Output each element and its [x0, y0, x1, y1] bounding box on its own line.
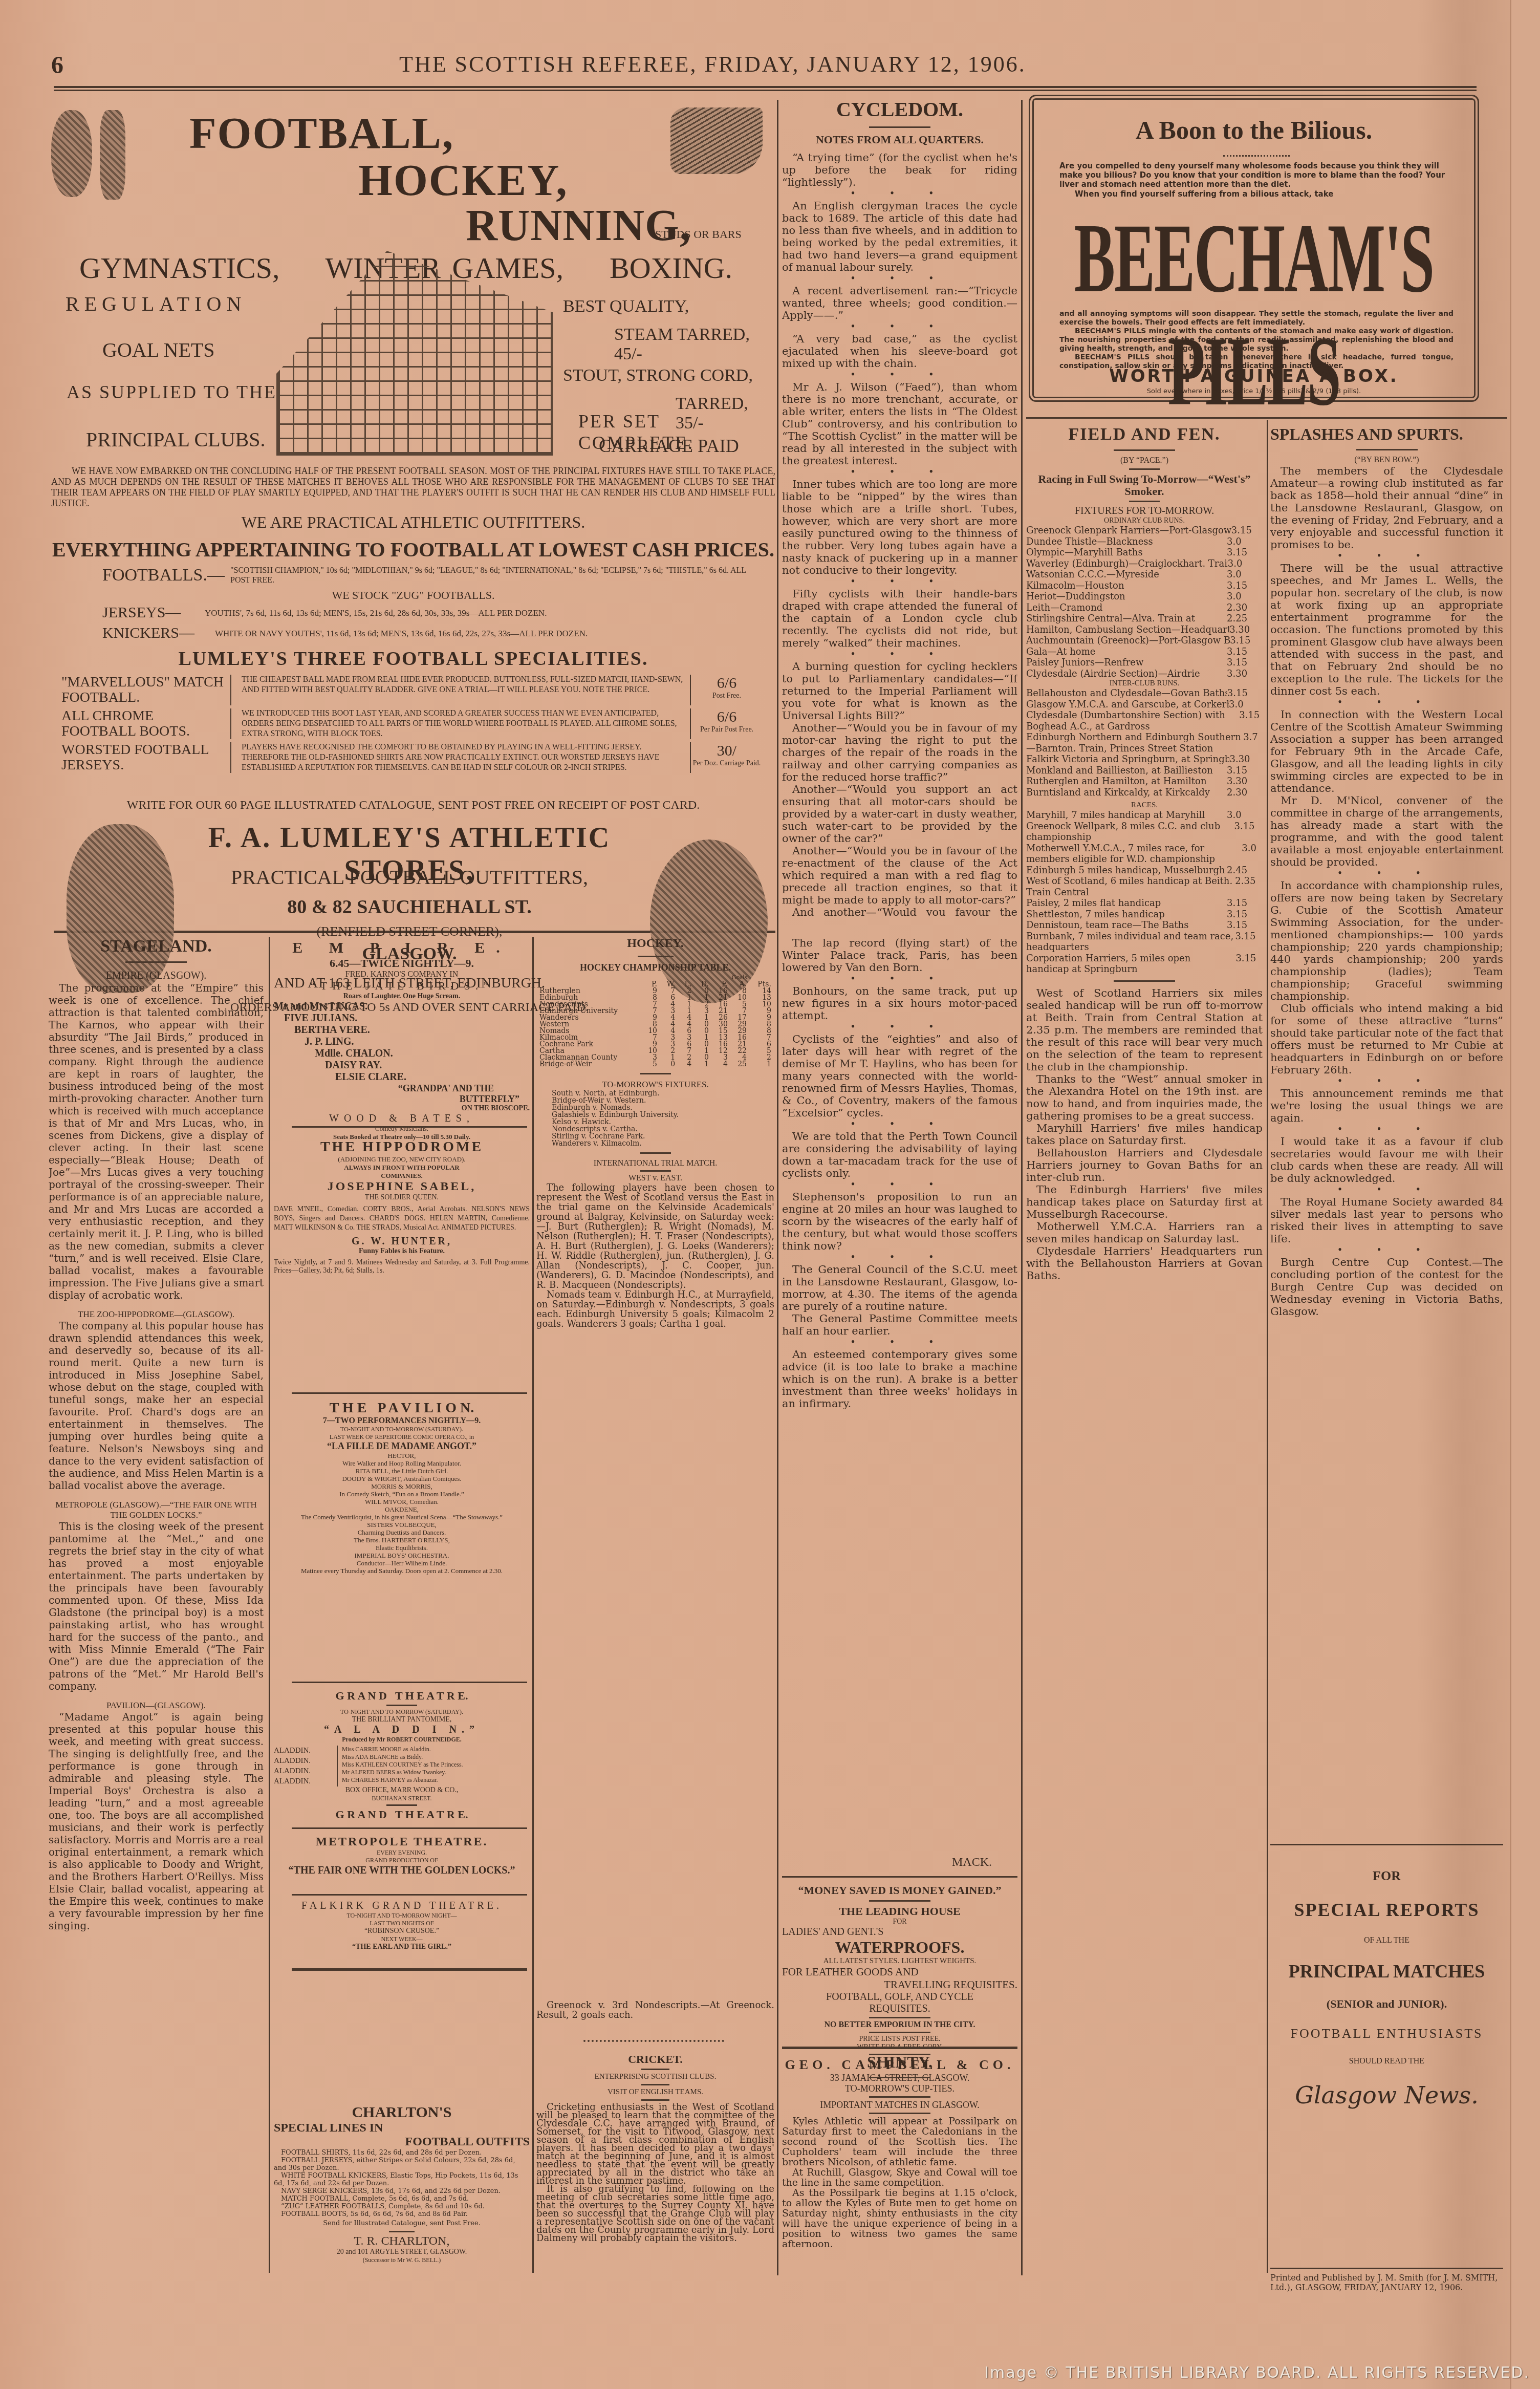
fixture-row: Stirlingshire Central—Alva. Train at2.25 — [1026, 613, 1263, 625]
falkirk-advertisement: FALKIRK GRAND THEATRE. TO-NIGHT AND TO-M… — [274, 1900, 530, 1951]
cycledom-paragraph: We are told that the Perth Town Council … — [782, 1130, 1017, 1179]
hockey-championship-table: P.W.L. D.F.A.Pts. Rutherglen972016814 Ed… — [536, 981, 774, 1068]
copyright-watermark: Image © THE BRITISH LIBRARY BOARD. ALL R… — [984, 2364, 1530, 2382]
fixture-row: Leith—Cramond2.30 — [1026, 602, 1263, 614]
glasgow-news-logo: Glasgow News. — [1270, 2081, 1503, 2109]
cycledom-paragraph: Cyclists of the “eighties” and also of l… — [782, 1033, 1017, 1119]
cycledom-paragraph: The General Pastime Committee meets half… — [782, 1312, 1017, 1337]
section-divider — [1026, 417, 1507, 419]
cycledom-paragraph: Bonhours, on the same track, put up new … — [782, 985, 1017, 1022]
fixture-row: Waverley (Edinburgh)—Craiglockhart. Trai… — [1026, 558, 1263, 570]
hippodrome-advertisement: THE HIPPODROME (ADJOINING THE ZOO, NEW C… — [274, 1139, 530, 1275]
cycledom-paragraph: A burning question for cycling hecklers … — [782, 660, 1017, 722]
cycledom-paragraph: Inner tubes which are too long are more … — [782, 478, 1017, 576]
fixture-row: Edinburgh 5 miles handicap, Musselburgh2… — [1026, 865, 1263, 876]
cycledom-paragraph: The lap record (flying start) of the Win… — [782, 937, 1017, 974]
section-divider — [292, 1392, 527, 1394]
footballs-prices: "SCOTTISH CHAMPION," 10s 6d; "MIDLOTHIAN… — [230, 566, 752, 585]
adjacent-page-edge — [1510, 0, 1540, 2389]
fixture-row: Watsonian C.C.C.—Myreside3.0 — [1026, 569, 1263, 580]
section-divider — [292, 1682, 527, 1683]
fixture-row: Rutherglen and Hamilton, at Hamilton3.30 — [1026, 776, 1263, 787]
fixture-row: Monkland and Baillieston, at Baillieston… — [1026, 765, 1263, 777]
as-supplied-label: AS SUPPLIED TO THE — [67, 381, 277, 403]
principal-clubs-label: PRINCIPAL CLUBS. — [86, 427, 265, 451]
column-divider — [1021, 100, 1023, 2275]
fixture-row: Bellahouston and Clydesdale—Govan Baths3… — [1026, 688, 1263, 699]
fixture-row: Greenock Glenpark Harriers—Port-Glasgow … — [1026, 525, 1263, 536]
specialities-list: "MARVELLOUS" MATCH FOOTBALL. THE CHEAPES… — [61, 675, 773, 773]
runner-figure-icon — [100, 110, 125, 200]
fixture-row: Clydesdale (Airdrie Section)—Airdrie3.30 — [1026, 669, 1263, 680]
fixture-row: Hamilton, Cambuslang Section—Headquarter… — [1026, 625, 1263, 636]
hockey-title: HOCKEY. — [536, 937, 774, 951]
lumley-advertisement: FOOTBALL, HOCKEY, RUNNING, STUDS OR BARS… — [51, 97, 775, 929]
fixture-row: Kilmacolm—Houston3.15 — [1026, 580, 1263, 592]
pavilion-acts: HECTOR, Wire Walker and Hoop Rolling Man… — [274, 1452, 530, 1567]
cycledom-title: CYCLEDOM. — [782, 97, 1017, 121]
everything-headline: EVERYTHING APPERTAINING TO FOOTBALL AT L… — [51, 537, 775, 562]
specialities-headline: LUMLEY'S THREE FOOTBALL SPECIALITIES. — [51, 648, 775, 670]
fixture-row: Olympic—Maryhill Baths3.15 — [1026, 547, 1263, 558]
fixture-row: Corporation Harriers, 5 miles open handi… — [1026, 953, 1263, 975]
splashes-column: SPLASHES AND SPURTS. (“BY BEN BOW.”) The… — [1270, 425, 1503, 1838]
column-divider — [777, 100, 778, 2275]
cricket-title: CRICKET. — [536, 2053, 774, 2066]
fixture-row: Gala—At home3.15 — [1026, 647, 1263, 658]
fixture-row: Falkirk Victoria and Springburn, at Spri… — [1026, 754, 1263, 765]
fixture-row: Maryhill, 7 miles handicap at Maryhill3.… — [1026, 810, 1263, 821]
zug-footballs: WE STOCK "ZUG" FOOTBALLS. — [51, 589, 775, 602]
cycledom-paragraph: “A very bad case,” as the cyclist ejacul… — [782, 333, 1017, 370]
cycledom-paragraph: Another—“Would you be in favour of the r… — [782, 845, 1017, 906]
cycledom-paragraph: Stephenson's proposition to run an engin… — [782, 1191, 1017, 1252]
cycledom-continued: The lap record (flying start) of the Win… — [782, 937, 1017, 1838]
knickers-prices: WHITE OR NAVY YOUTHS', 11s 6d, 13s 6d; M… — [215, 629, 588, 639]
section-divider — [782, 1876, 1017, 1878]
section-divider — [583, 2040, 724, 2042]
pavilion-advertisement: T H E P A V I L I O N. 7—TWO PERFORMANCE… — [274, 1400, 530, 1575]
cycledom-paragraph: Mr A. J. Wilson (“Faed”), than whom ther… — [782, 381, 1017, 467]
stageland-column: STAGELAND. EMPIRE (GLASGOW). The program… — [49, 937, 264, 2385]
fixture-row: Dundee Thistle—Blackness3.0 — [1026, 536, 1263, 548]
fixture-row: Burnbank, 7 miles individual and team ra… — [1026, 931, 1263, 953]
fixture-row: Paisley Juniors—Renfrew3.15 — [1026, 657, 1263, 669]
goal-nets-label: GOAL NETS — [102, 338, 215, 362]
beecham-advertisement: A Boon to the Bilious. Are you compelled… — [1029, 95, 1505, 407]
stageland-title: STAGELAND. — [49, 937, 264, 956]
fixture-row: West of Scotland, 6 miles handicap at Be… — [1026, 876, 1263, 898]
fixture-row: Edinburgh Northern and Edinburgh Souther… — [1026, 732, 1263, 754]
speciality-item: "MARVELLOUS" MATCH FOOTBALL. THE CHEAPES… — [61, 675, 773, 705]
fixture-row: Heriot—Duddingston3.0 — [1026, 591, 1263, 602]
metropole-advertisement: METROPOLE THEATRE. EVERY EVENING. GRAND … — [274, 1835, 530, 1877]
catalogue-line: WRITE FOR OUR 60 PAGE ILLUSTRATED CATALO… — [51, 799, 775, 812]
shinty-title: SHINTY. — [782, 2053, 1017, 2072]
field-fen-headline: Racing in Full Swing To-Morrow—“West's” … — [1026, 473, 1263, 498]
cycledom-paragraph: An English clergyman traces the cycle ba… — [782, 200, 1017, 273]
fixture-row: Glasgow Y.M.C.A. and Garscube, at Corker… — [1026, 699, 1263, 711]
races-list: Maryhill, 7 miles handicap at Maryhill3.… — [1026, 810, 1263, 975]
speciality-item: ALL CHROME FOOTBALL BOOTS. WE INTRODUCED… — [61, 708, 773, 739]
hockey-column: HOCKEY. HOCKEY CHAMPIONSHIP TABLE. Goals… — [536, 937, 774, 2001]
title-rule — [869, 126, 930, 128]
cycledom-subtitle: NOTES FROM ALL QUARTERS. — [782, 133, 1017, 146]
thistle-emblem-icon — [51, 110, 92, 197]
section-divider — [292, 1968, 527, 1971]
section-divider — [782, 2047, 1017, 2049]
column-divider — [269, 937, 270, 2273]
speciality-item: WORSTED FOOTBALL JERSEYS. PLAYERS HAVE R… — [61, 742, 773, 773]
headline-football: FOOTBALL, — [189, 107, 454, 159]
cycledom-paragraph: “A trying time” (for the cyclist when he… — [782, 152, 1017, 188]
section-divider — [1270, 1844, 1503, 1845]
regulation-label: REGULATION — [66, 292, 246, 316]
beecham-price: Sold everywhere in boxes, price 1/1½ (56… — [1029, 388, 1479, 395]
section-divider — [1270, 2268, 1503, 2269]
beecham-slogan: WORTH A GUINEA A BOX. — [1029, 366, 1479, 386]
cycledom-paragraph: And another—“Would you favour the making… — [782, 906, 1017, 916]
aladdin-cast-box: ALADDIN. ALADDIN. ALADDIN. ALADDIN. Miss… — [274, 1746, 530, 1787]
masthead-rule — [54, 86, 1477, 91]
inter-club-runs-list: Bellahouston and Clydesdale—Govan Baths3… — [1026, 688, 1263, 798]
hockey-fixtures-list: South v. North, at Edinburgh. Bridge-of-… — [536, 1090, 774, 1147]
imprint: Printed and Published by J. M. Smith (fo… — [1270, 2273, 1503, 2292]
practical-outfitters: WE ARE PRACTICAL ATHLETIC OUTFITTERS. — [51, 513, 775, 532]
newspaper-page: 6 THE SCOTTISH REFEREE, FRIDAY, JANUARY … — [0, 0, 1540, 2389]
headline-running: RUNNING, — [466, 200, 691, 251]
column-divider — [1267, 420, 1268, 2273]
shinty-column: SHINTY. TO-MORROW'S CUP-TIES. IMPORTANT … — [782, 2053, 1017, 2249]
fixture-row: Shettleston, 7 miles handicap3.15 — [1026, 909, 1263, 920]
store-subtitle: PRACTICAL FOOTBALL OUTFITTERS, — [179, 865, 640, 889]
cycledom-signature: MACK. — [952, 1856, 992, 1869]
footballs-label: FOOTBALLS.— — [102, 566, 225, 585]
section-divider — [292, 1827, 527, 1829]
stout-cord: STOUT, STRONG CORD, — [563, 366, 753, 385]
field-fen-title: FIELD AND FEN. — [1026, 425, 1263, 444]
empire-advertisement: E M P I R E. 6.45—TWICE NIGHTLY—9. FRED.… — [274, 939, 530, 1141]
lumley-intro: WE HAVE NOW EMBARKED ON THE CONCLUDING H… — [51, 466, 775, 509]
charlton-advertisement: CHARLTON'S SPECIAL LINES IN FOOTBALL OUT… — [274, 2104, 530, 2264]
masthead-title: THE SCOTTISH REFEREE, FRIDAY, JANUARY 12… — [399, 51, 1026, 77]
best-quality: BEST QUALITY, — [563, 297, 689, 316]
field-and-fen-column: FIELD AND FEN. (BY “PACE.”) Racing in Fu… — [1026, 425, 1263, 2268]
cycledom-column: CYCLEDOM. NOTES FROM ALL QUARTERS. “A tr… — [782, 97, 1017, 916]
fixture-row: Burntisland and Kirkcaldy, at Kirkcaldy2… — [1026, 787, 1263, 799]
page-number: 6 — [51, 51, 63, 79]
ordinary-runs-list: Greenock Glenpark Harriers—Port-Glasgow … — [1026, 525, 1263, 679]
cycledom-paragraph: An esteemed contemporary gives some advi… — [782, 1348, 1017, 1410]
carriage-paid: CARRIAGE PAID — [599, 435, 739, 457]
fixture-row: Clydesdale (Dumbartonshire Section) with… — [1026, 710, 1263, 732]
jerseys-label: JERSEYS— — [102, 604, 181, 621]
beecham-intro: Are you compelled to deny yourself many … — [1059, 161, 1454, 189]
store-address: 80 & 82 SAUCHIEHALL ST. — [179, 896, 640, 918]
section-divider — [292, 1894, 527, 1896]
empire-acts: Mr and Mrs LUCAS. FIVE JULIANS. BERTHA V… — [274, 1001, 530, 1083]
waterproofs-heading: WATERPROOFS. — [782, 1938, 1017, 1957]
cycledom-paragraph: A recent advertisement ran:—“Tricycle wa… — [782, 285, 1017, 321]
beecham-headline: A Boon to the Bilious. — [1029, 115, 1479, 145]
column-divider — [532, 937, 534, 2273]
hockey-greenock-result: Greenock v. 3rd Nondescripts.—At Greenoc… — [536, 2000, 774, 2020]
fixture-row: Auchmountain (Greenock)—Port-Glasgow Bat… — [1026, 635, 1263, 647]
section-divider — [292, 1126, 527, 1128]
cycledom-paragraph: Another—“Would you support an act ensuri… — [782, 783, 1017, 845]
fixture-row: Motherwell Y.M.C.A., 7 miles race, for m… — [1026, 843, 1263, 865]
table-row: Bridge-of-Weir50414251 — [536, 1061, 774, 1068]
fixture-row: Greenock Wellpark, 8 miles C.C. and club… — [1026, 821, 1263, 843]
fixture-row: Dennistoun, team race—The Baths3.15 — [1026, 920, 1263, 931]
steam-tarred-price: STEAM TARRED, 45/- — [614, 325, 775, 364]
boot-caption: STUDS OR BARS — [655, 228, 742, 241]
football-boot-icon — [670, 107, 763, 174]
glasgow-news-advertisement: FOR SPECIAL REPORTS OF ALL THE PRINCIPAL… — [1270, 1858, 1503, 2109]
cricket-column: CRICKET. ENTERPRISING SCOTTISH CLUBS. VI… — [536, 2053, 774, 2243]
cycledom-paragraph: Another—“Would you be in favour of my mo… — [782, 722, 1017, 783]
fixture-row: Paisley, 2 miles flat handicap3.15 — [1026, 898, 1263, 909]
grand-theatre-advertisement: G R A N D T H E A T R E. TO-NIGHT AND TO… — [274, 1689, 530, 1821]
knickers-label: KNICKERS— — [102, 625, 194, 642]
cycledom-paragraph: Fifty cyclists with their handle-bars dr… — [782, 588, 1017, 649]
jerseys-prices: YOUTHS', 7s 6d, 11s 6d, 13s 6d; MEN'S, 1… — [205, 608, 547, 618]
headline-hockey: HOCKEY, — [358, 155, 568, 206]
cycledom-paragraph: The General Council of the S.C.U. meet i… — [782, 1263, 1017, 1312]
splashes-title: SPLASHES AND SPURTS. — [1270, 425, 1503, 444]
